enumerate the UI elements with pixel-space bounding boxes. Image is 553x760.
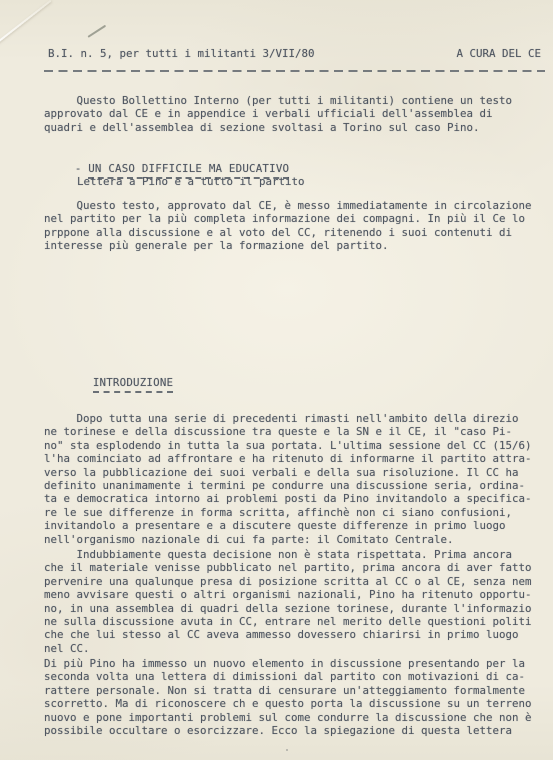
introduction-heading: INTRODUZIONE [66, 363, 173, 403]
pen-slash-mark [87, 25, 106, 38]
paragraph-indubbiamente: Indubbiamente questa decisione non è sta… [44, 548, 532, 655]
paragraph-dopo: Dopo tutta una serie di precedenti rimas… [44, 412, 532, 546]
paragraph-dipiu: Di più Pino ha immesso un nuovo elemento… [44, 657, 532, 737]
ce-paragraph: Questo testo, approvato dal CE, è messo … [44, 199, 532, 253]
header-dashed-rule [44, 70, 545, 72]
bulletin-header: B.I. n. 5, per tutti i militanti 3/VII/8… [48, 47, 541, 60]
subtitle-lettera: Lettera a Pino e a tutto il partito [77, 175, 305, 188]
bulletin-title: B.I. n. 5, per tutti i militanti 3/VII/8… [48, 47, 315, 60]
scanned-document-page: B.I. n. 5, per tutti i militanti 3/VII/8… [0, 0, 553, 760]
intro-paragraph: Questo Bollettino Interno (per tutti i m… [44, 94, 512, 134]
paper-speck [286, 749, 288, 751]
bulletin-byline: A CURA DEL CE [456, 47, 541, 60]
paper-crease [0, 0, 51, 46]
introduction-heading-text: INTRODUZIONE [93, 376, 173, 393]
section-heading-dash: - [75, 162, 88, 175]
